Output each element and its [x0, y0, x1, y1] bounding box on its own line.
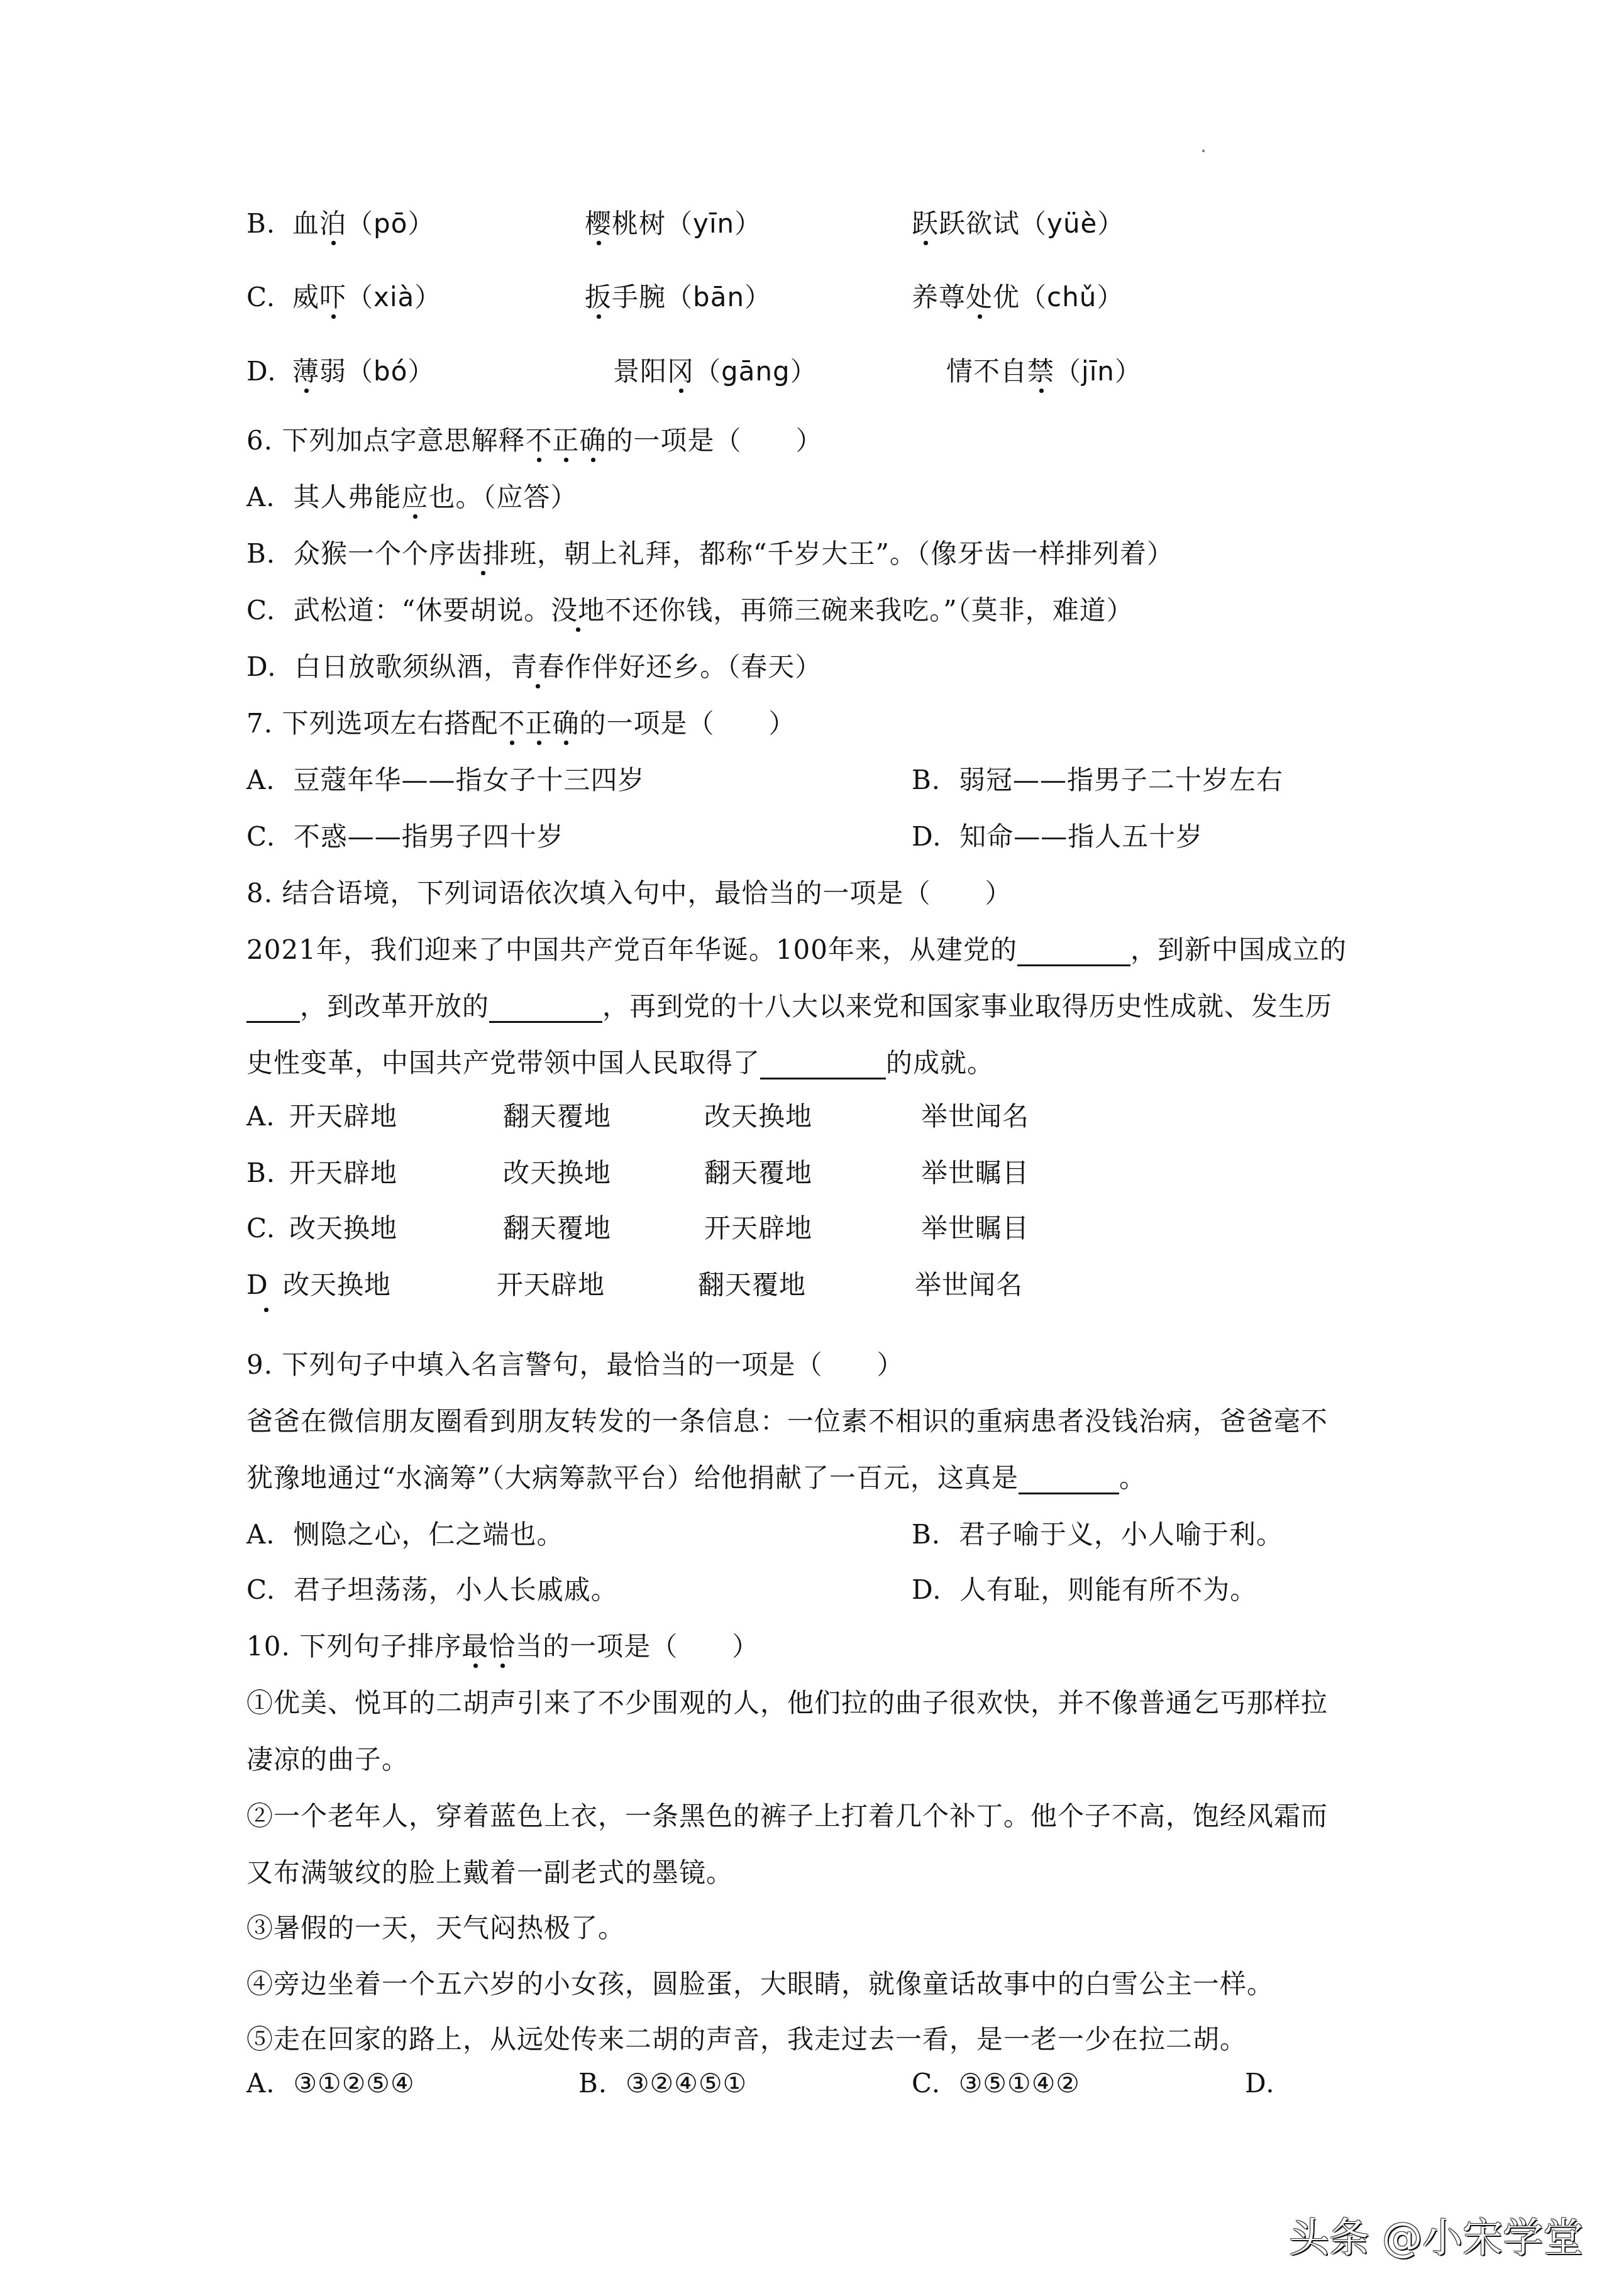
q10-sentence-2: ②一个老年人，穿着蓝色上衣，一条黑色的裤子上打着几个补丁。他个子不高，饱经风霜而	[246, 1800, 1328, 1833]
q5-d-item-3: 情不自禁（jīn）	[946, 355, 1142, 388]
pinyin: （jīn）	[1054, 356, 1142, 387]
pinyin: （gāng）	[694, 356, 817, 387]
option-label: B.	[246, 208, 275, 239]
q10-sentence-1: ①优美、悦耳的二胡声引来了不少围观的人，他们拉的曲子很欢快，并不像普通乞丐那样拉	[246, 1687, 1328, 1719]
q6-stem: 6. 下列加点字意思解释不正确的一项是（ ）	[246, 424, 823, 457]
q7-stem: 7. 下列选项左右搭配不正确的一项是（ ）	[246, 707, 796, 740]
fill-blank[interactable]	[1019, 1465, 1119, 1494]
q8-stem: 8. 结合语境，下列词语依次填入句中，最恰当的一项是（ ）	[246, 877, 1012, 910]
q5-option-c[interactable]: C.	[246, 281, 275, 314]
option-label: D.	[246, 356, 277, 387]
q5-b-item-2: 樱桃树（yīn）	[585, 207, 761, 240]
fill-blank-1[interactable]	[1017, 937, 1130, 966]
q5-c-item-3: 养尊处优（chǔ）	[912, 281, 1124, 314]
q10-sentence-5: ⑤走在回家的路上，从远处传来二胡的声音，我走过去一看，是一老一少在拉二胡。	[246, 2023, 1247, 2056]
q10-option-d[interactable]: D.	[1245, 2067, 1275, 2100]
q7-option-d[interactable]: D. 知命——指人五十岁	[912, 820, 1203, 853]
emphasis-char: 樱	[585, 208, 612, 239]
q10-option-c[interactable]: C. ③⑤①④②	[912, 2067, 1080, 2100]
q7-option-a[interactable]: A. 豆蔻年华——指女子十三四岁	[246, 764, 644, 797]
scan-speck	[1202, 150, 1205, 152]
pinyin: （yīn）	[666, 208, 761, 239]
q9-option-d[interactable]: D. 人有耻，则能有所不为。	[912, 1574, 1257, 1606]
q10-option-b[interactable]: B. ③②④⑤①	[578, 2067, 747, 2100]
q10-sentence-4: ④旁边坐着一个五六岁的小女孩，圆脸蛋，大眼睛，就像童话故事中的白雪公主一样。	[246, 1968, 1274, 2001]
q7-option-c[interactable]: C. 不惑——指男子四十岁	[246, 820, 564, 853]
q9-option-c[interactable]: C. 君子坦荡荡，小人长戚戚。	[246, 1574, 618, 1606]
emphasis-char: 冈	[667, 356, 694, 387]
emphasis-char: 禁	[1027, 356, 1054, 387]
emphasis-char: 吓	[319, 282, 346, 312]
emphasis-char: 薄	[292, 356, 319, 387]
pinyin: （pō）	[346, 208, 434, 239]
q5-d-item-1: 薄弱（bó）	[292, 355, 434, 388]
q10-option-a[interactable]: A. ③①②⑤④	[246, 2067, 415, 2100]
fill-blank-2[interactable]	[246, 993, 300, 1023]
stray-dot	[264, 1308, 268, 1312]
q6-option-d[interactable]: D. 白日放歌须纵酒，青春作伴好还乡。（春天）	[246, 651, 822, 683]
q10-stem: 10. 下列句子排序最恰当的一项是（ ）	[246, 1630, 759, 1663]
q6-option-c[interactable]: C. 武松道：“休要胡说。没地不还你钱，再筛三碗来我吃。”（莫非，难道）	[246, 594, 1134, 627]
q5-c-item-1: 威吓（xià）	[292, 281, 441, 314]
q8-passage-line-1: 2021年，我们迎来了中国共产党百年华诞。100年来，从建党的，到新中国成立的	[246, 934, 1347, 966]
q8-passage-line-3: 史性变革，中国共产党带领中国人民取得了的成就。	[246, 1047, 994, 1079]
emphasis-char: 泊	[319, 208, 346, 239]
q5-b-item-1: 血泊（pō）	[292, 207, 434, 240]
q9-option-b[interactable]: B. 君子喻于义，小人喻于利。	[912, 1518, 1283, 1551]
q9-passage-line-1: 爸爸在微信朋友圈看到朋友转发的一条信息：一位素不相识的重病患者没钱治病，爸爸毫不	[246, 1405, 1328, 1438]
q8-passage-line-2: ，到改革开放的，再到党的十八大以来党和国家事业取得历史性成就、发生历	[246, 990, 1332, 1023]
q6-option-a[interactable]: A. 其人弗能应也。（应答）	[246, 481, 577, 514]
q9-option-a[interactable]: A. 恻隐之心，仁之端也。	[246, 1518, 563, 1551]
emphasis-char: 处	[966, 282, 993, 312]
q7-option-b[interactable]: B. 弱冠——指男子二十岁左右	[912, 764, 1283, 797]
q5-c-item-2: 扳手腕（bān）	[585, 281, 771, 314]
pinyin: （bó）	[346, 356, 434, 387]
q5-option-b[interactable]: B.	[246, 207, 275, 240]
q10-sentence-3: ③暑假的一天，天气闷热极了。	[246, 1912, 625, 1945]
q9-passage-line-2: 犹豫地通过“水滴筹”（大病筹款平台）给他捐献了一百元，这真是。	[246, 1462, 1146, 1494]
q6-option-b[interactable]: B. 众猴一个个序齿排班，朝上礼拜，都称“千岁大王”。（像牙齿一样排列着）	[246, 538, 1174, 570]
pinyin: （xià）	[346, 282, 441, 312]
q10-sentence-1-cont: 凄凉的曲子。	[246, 1743, 409, 1776]
pinyin: （bān）	[666, 282, 771, 312]
option-label: C.	[246, 282, 275, 312]
fill-blank-3[interactable]	[489, 993, 602, 1023]
emphasis-char: 跃	[912, 208, 939, 239]
q5-b-item-3: 跃跃欲试（yüè）	[912, 207, 1124, 240]
q10-sentence-2-cont: 又布满皱纹的脸上戴着一副老式的墨镜。	[246, 1857, 733, 1889]
q9-stem: 9. 下列句子中填入名言警句，最恰当的一项是（ ）	[246, 1349, 903, 1381]
q5-option-d[interactable]: D.	[246, 355, 277, 388]
pinyin: （yüè）	[1020, 208, 1124, 239]
watermark: 头条 @小宋学堂	[1289, 2216, 1583, 2260]
fill-blank-4[interactable]	[760, 1050, 886, 1079]
pinyin: （chǔ）	[1020, 282, 1124, 312]
emphasis-char: 扳	[585, 282, 612, 312]
q5-d-item-2: 景阳冈（gāng）	[613, 355, 817, 388]
